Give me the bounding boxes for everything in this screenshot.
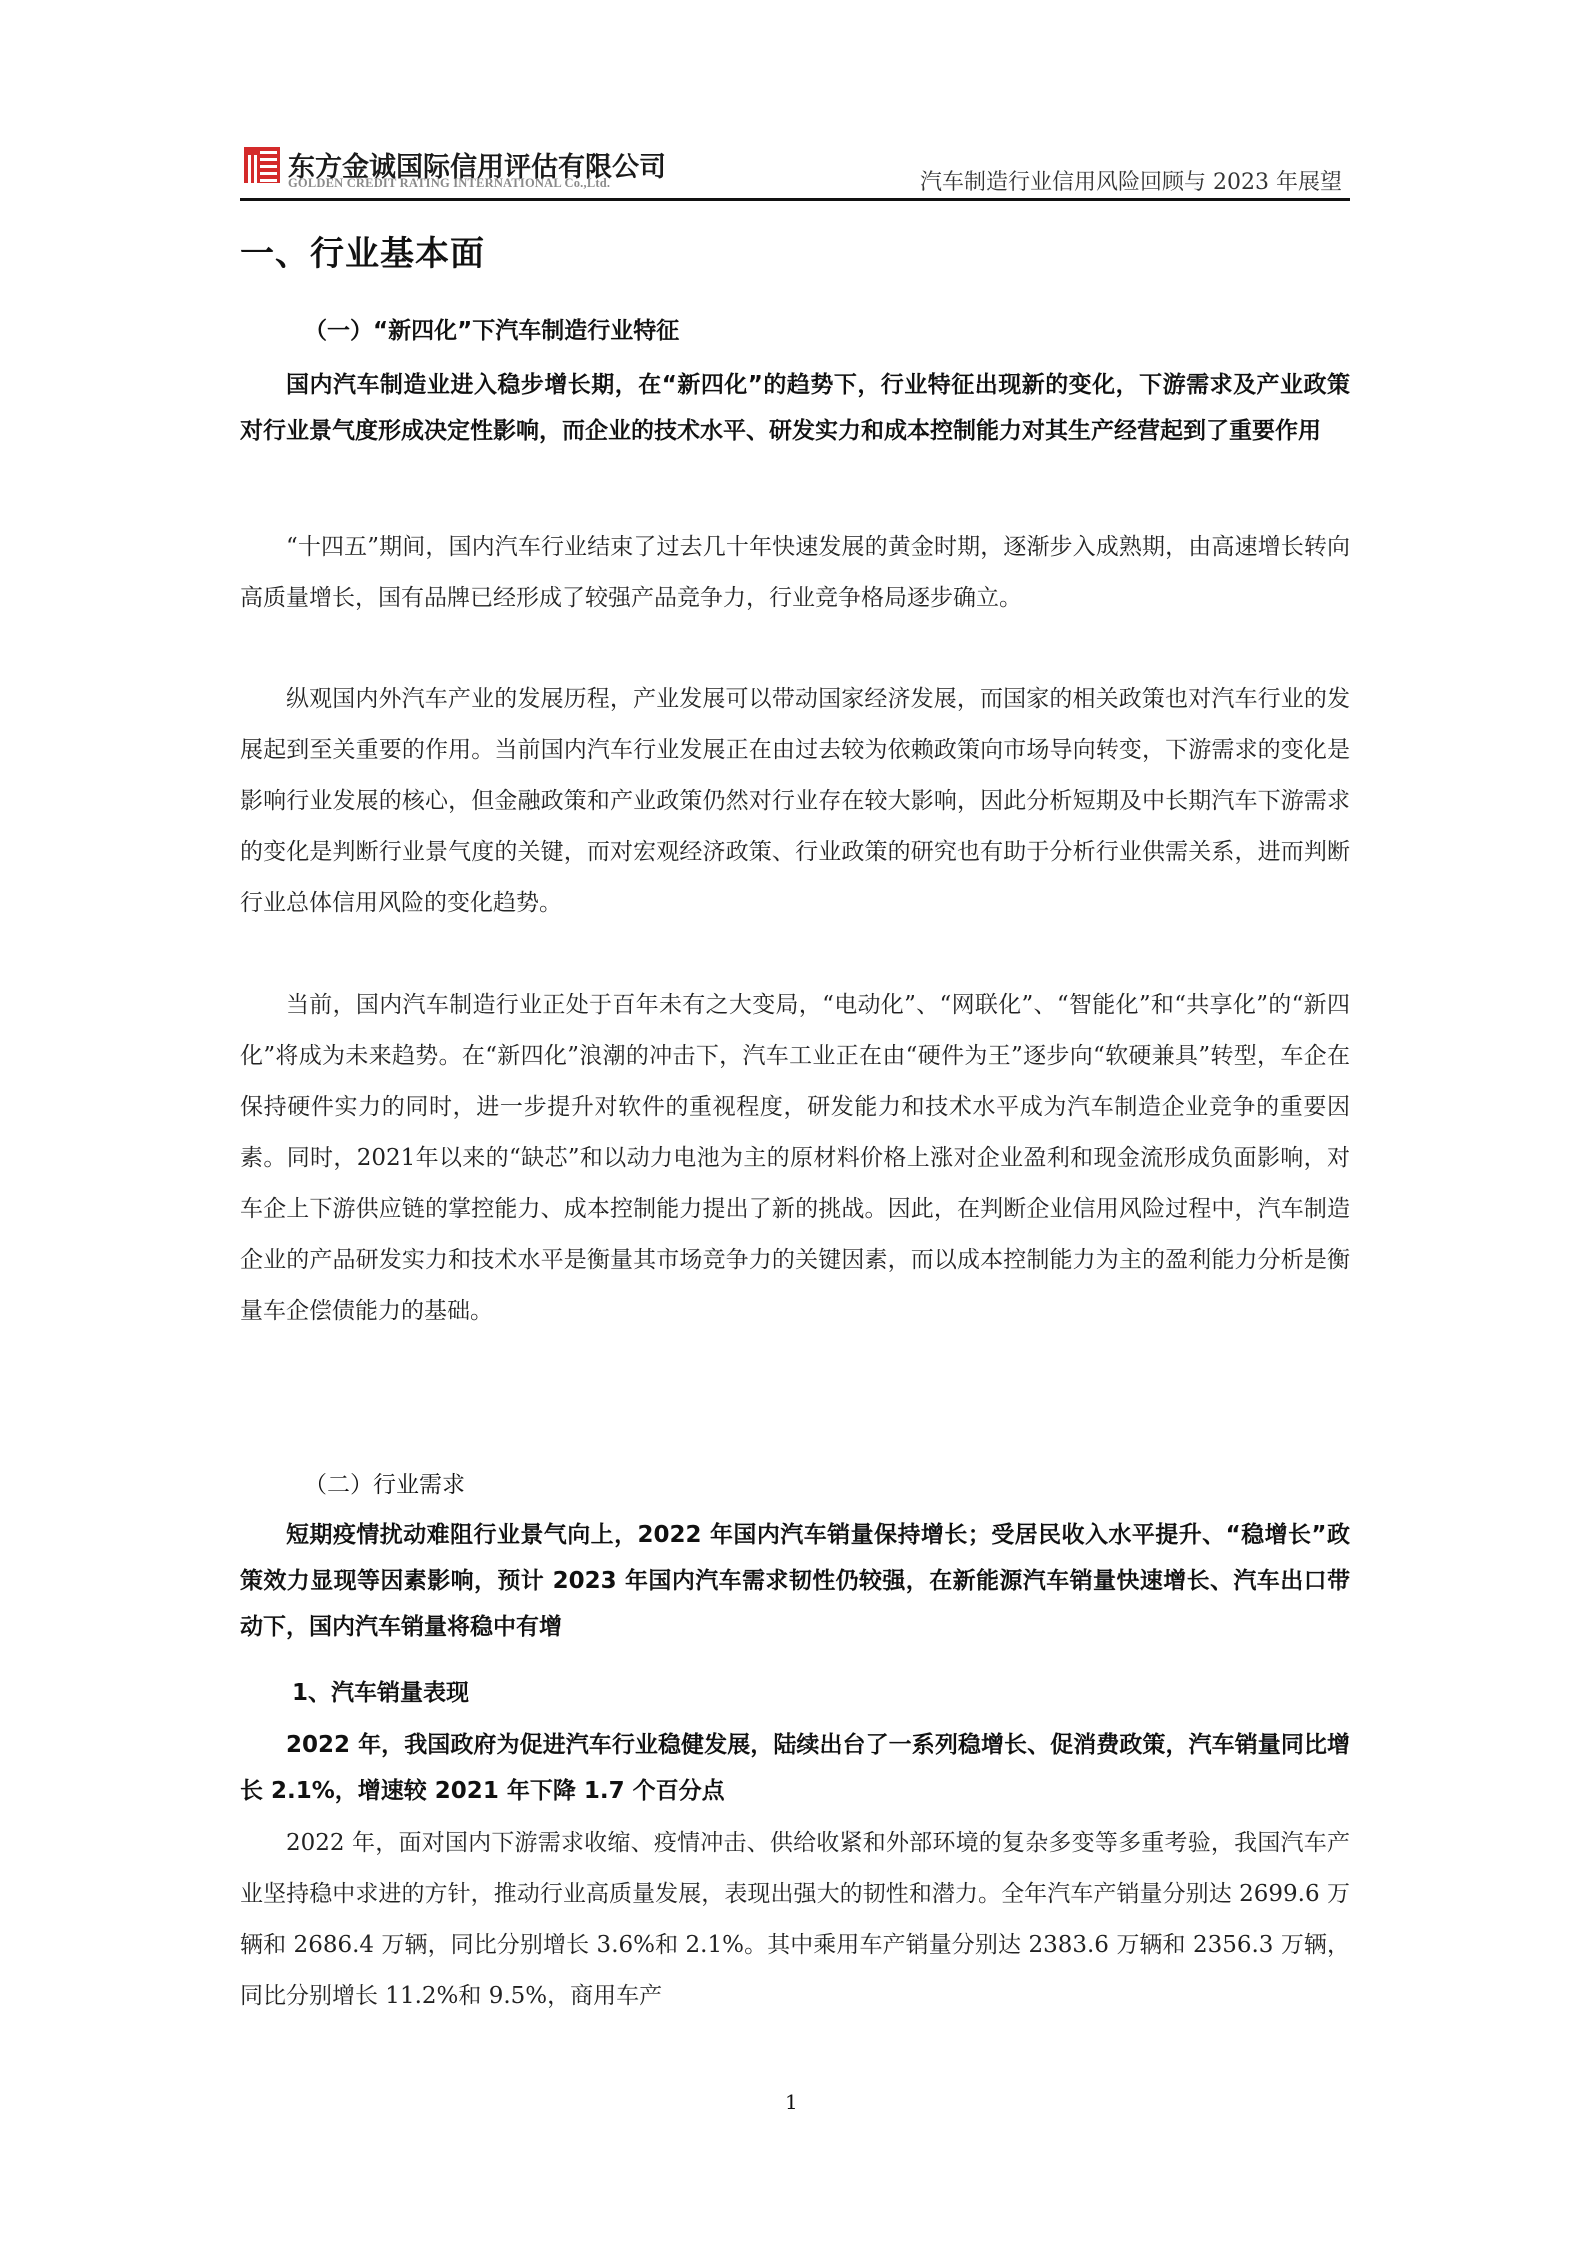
company-logo-icon (244, 147, 280, 183)
document-page: 东方金诚国际信用评估有限公司 GOLDEN CREDIT RATING INTE… (0, 0, 1586, 2244)
company-name-en: GOLDEN CREDIT RATING INTERNATIONAL Co.,L… (288, 176, 610, 191)
paragraph: 2022 年，面对国内下游需求收缩、疫情冲击、供给收紧和外部环境的复杂多变等多重… (240, 1818, 1350, 2022)
page-number: 1 (785, 2090, 798, 2114)
item-summary: 2022 年，我国政府为促进汽车行业稳健发展，陆续出台了一系列稳增长、促消费政策… (240, 1722, 1350, 1814)
section-heading: 一、行业基本面 (240, 226, 485, 275)
subsection-heading-1: （一）“新四化”下汽车制造行业特征 (304, 312, 679, 345)
paragraph: 纵观国内外汽车产业的发展历程，产业发展可以带动国家经济发展，而国家的相关政策也对… (240, 674, 1350, 929)
subsection-2-summary: 短期疫情扰动难阻行业景气向上，2022 年国内汽车销量保持增长；受居民收入水平提… (240, 1512, 1350, 1650)
subsection-1-summary: 国内汽车制造业进入稳步增长期，在“新四化”的趋势下，行业特征出现新的变化，下游需… (240, 362, 1350, 454)
paragraph: 当前，国内汽车制造行业正处于百年未有之大变局，“电动化”、“网联化”、“智能化”… (240, 980, 1350, 1337)
report-title: 汽车制造行业信用风险回顾与 2023 年展望 (920, 165, 1342, 196)
page-header: 东方金诚国际信用评估有限公司 GOLDEN CREDIT RATING INTE… (240, 143, 1350, 203)
subsection-heading-2: （二）行业需求 (304, 1466, 465, 1499)
item-heading: 1、汽车销量表现 (292, 1674, 469, 1707)
header-divider (240, 198, 1350, 201)
paragraph: “十四五”期间，国内汽车行业结束了过去几十年快速发展的黄金时期，逐渐步入成熟期，… (240, 522, 1350, 624)
